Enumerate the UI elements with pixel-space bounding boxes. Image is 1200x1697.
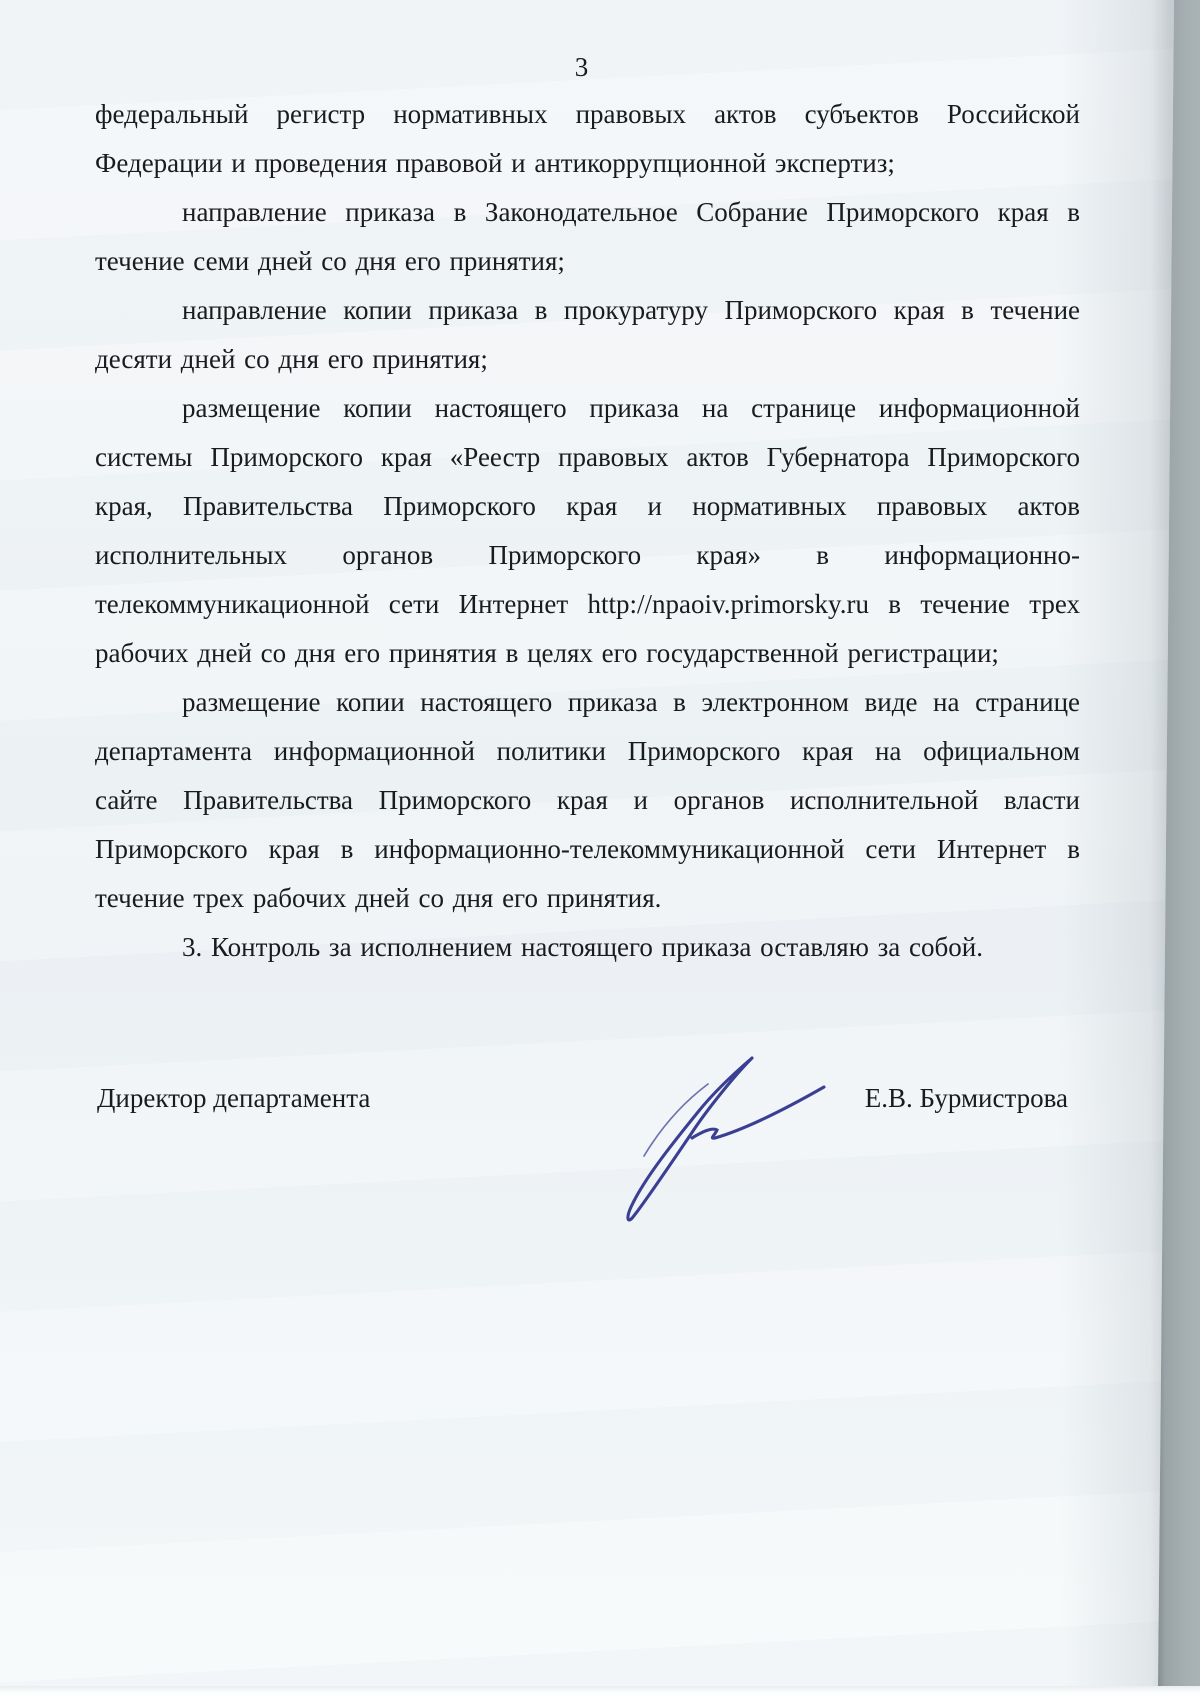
- paper-bottom-edge: [0, 1686, 1200, 1697]
- document-body: федеральный регистр нормативных правовых…: [95, 90, 1080, 972]
- text-line: телекоммуникационной сети Интернет http:…: [95, 580, 1080, 629]
- text-line: рабочих дней со дня его принятия в целях…: [95, 629, 1080, 678]
- text-line: департамента информационной политики При…: [95, 727, 1080, 776]
- text-line: течение семи дней со дня его принятия;: [95, 237, 1080, 286]
- text-line: направление приказа в Законодательное Со…: [95, 188, 1080, 237]
- page-number: 3: [0, 43, 1163, 92]
- text-line: Федерации и проведения правовой и антико…: [95, 139, 1080, 188]
- scanned-page: { "page": { "number": "3" }, "document":…: [0, 0, 1200, 1697]
- text-line: размещение копии настоящего приказа на с…: [95, 384, 1080, 433]
- text-line: размещение копии настоящего приказа в эл…: [95, 678, 1080, 727]
- signer-name: Е.В. Бурмистрова: [865, 1074, 1068, 1123]
- signature-row: Директор департамента Е.В. Бурмистрова: [95, 1074, 1080, 1123]
- text-line: исполнительных органов Приморского края»…: [95, 531, 1080, 580]
- text-line: 3. Контроль за исполнением настоящего пр…: [95, 923, 1080, 972]
- text-line: направление копии приказа в прокуратуру …: [95, 286, 1080, 335]
- signer-title: Директор департамента: [97, 1074, 370, 1123]
- text-line: края, Правительства Приморского края и н…: [95, 482, 1080, 531]
- text-line: Приморского края в информационно-телеком…: [95, 825, 1080, 874]
- text-line: сайте Правительства Приморского края и о…: [95, 776, 1080, 825]
- text-line: течение трех рабочих дней со дня его при…: [95, 874, 1080, 923]
- text-line: федеральный регистр нормативных правовых…: [95, 90, 1080, 139]
- text-line: десяти дней со дня его принятия;: [95, 335, 1080, 384]
- text-line: системы Приморского края «Реестр правовы…: [95, 433, 1080, 482]
